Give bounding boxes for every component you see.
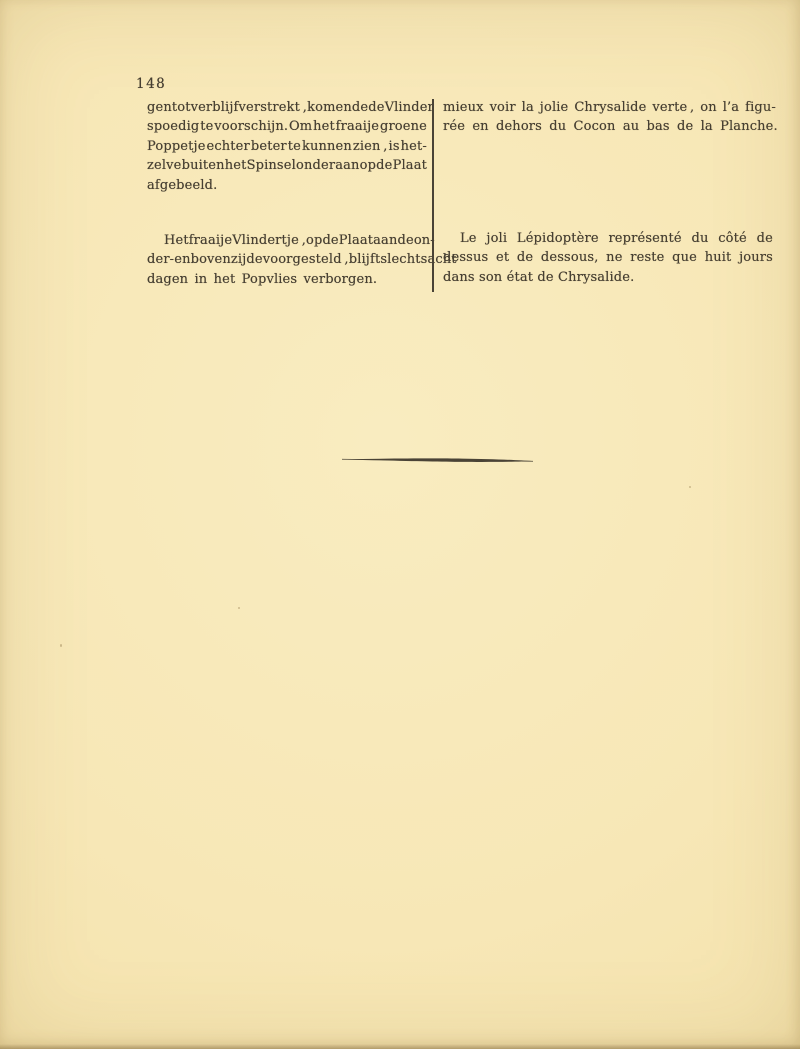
text-line: der-enbovenzijdevoorgesteld ,blijftslech… [147,252,428,271]
text-line: mieuxvoirlajolieChrysalideverte ,onl’afi… [443,100,776,119]
text-line: rée en dehors du Cocon au bas de la Plan… [443,119,776,138]
text-line: dagen in het Popvlies verborgen. [147,272,428,291]
scanned-book-page: 148 gentotverblijfverstrekt ,komendedeVl… [0,0,800,1049]
paper-speck [689,486,691,488]
paper-speck [60,644,62,647]
page-bottom-edge-shadow [0,1044,800,1049]
french-paragraph-2: LejoliLépidoptèrereprésentéducôtéde dess… [443,231,773,289]
page-number: 148 [136,76,166,92]
text-line: zelvebuitenhetSpinselonderaanopdePlaat [147,158,427,177]
paper-speck [238,607,240,609]
text-line: dans son état de Chrysalide. [443,270,773,289]
column-divider-line [432,99,434,292]
text-line: afgebeeld. [147,178,427,197]
text-line: gentotverblijfverstrekt ,komendedeVlinde… [147,100,427,119]
text-line: dessusetdedessous,nerestequehuitjours [443,250,773,269]
text-line: Poppetjeechterbetertekunnenzien ,ishet- [147,139,427,158]
text-line: spoedigtevoorschijn.Omhetfraaijegroene [147,119,427,138]
dutch-paragraph-1: gentotverblijfverstrekt ,komendedeVlinde… [147,100,427,197]
section-divider-rule [342,455,533,464]
text-line: LejoliLépidoptèrereprésentéducôtéde [443,231,773,250]
dutch-paragraph-2: HetfraaijeVlindertje ,opdePlaataandeon- … [147,233,428,291]
text-line: HetfraaijeVlindertje ,opdePlaataandeon- [147,233,428,252]
french-paragraph-1: mieuxvoirlajolieChrysalideverte ,onl’afi… [443,100,776,139]
